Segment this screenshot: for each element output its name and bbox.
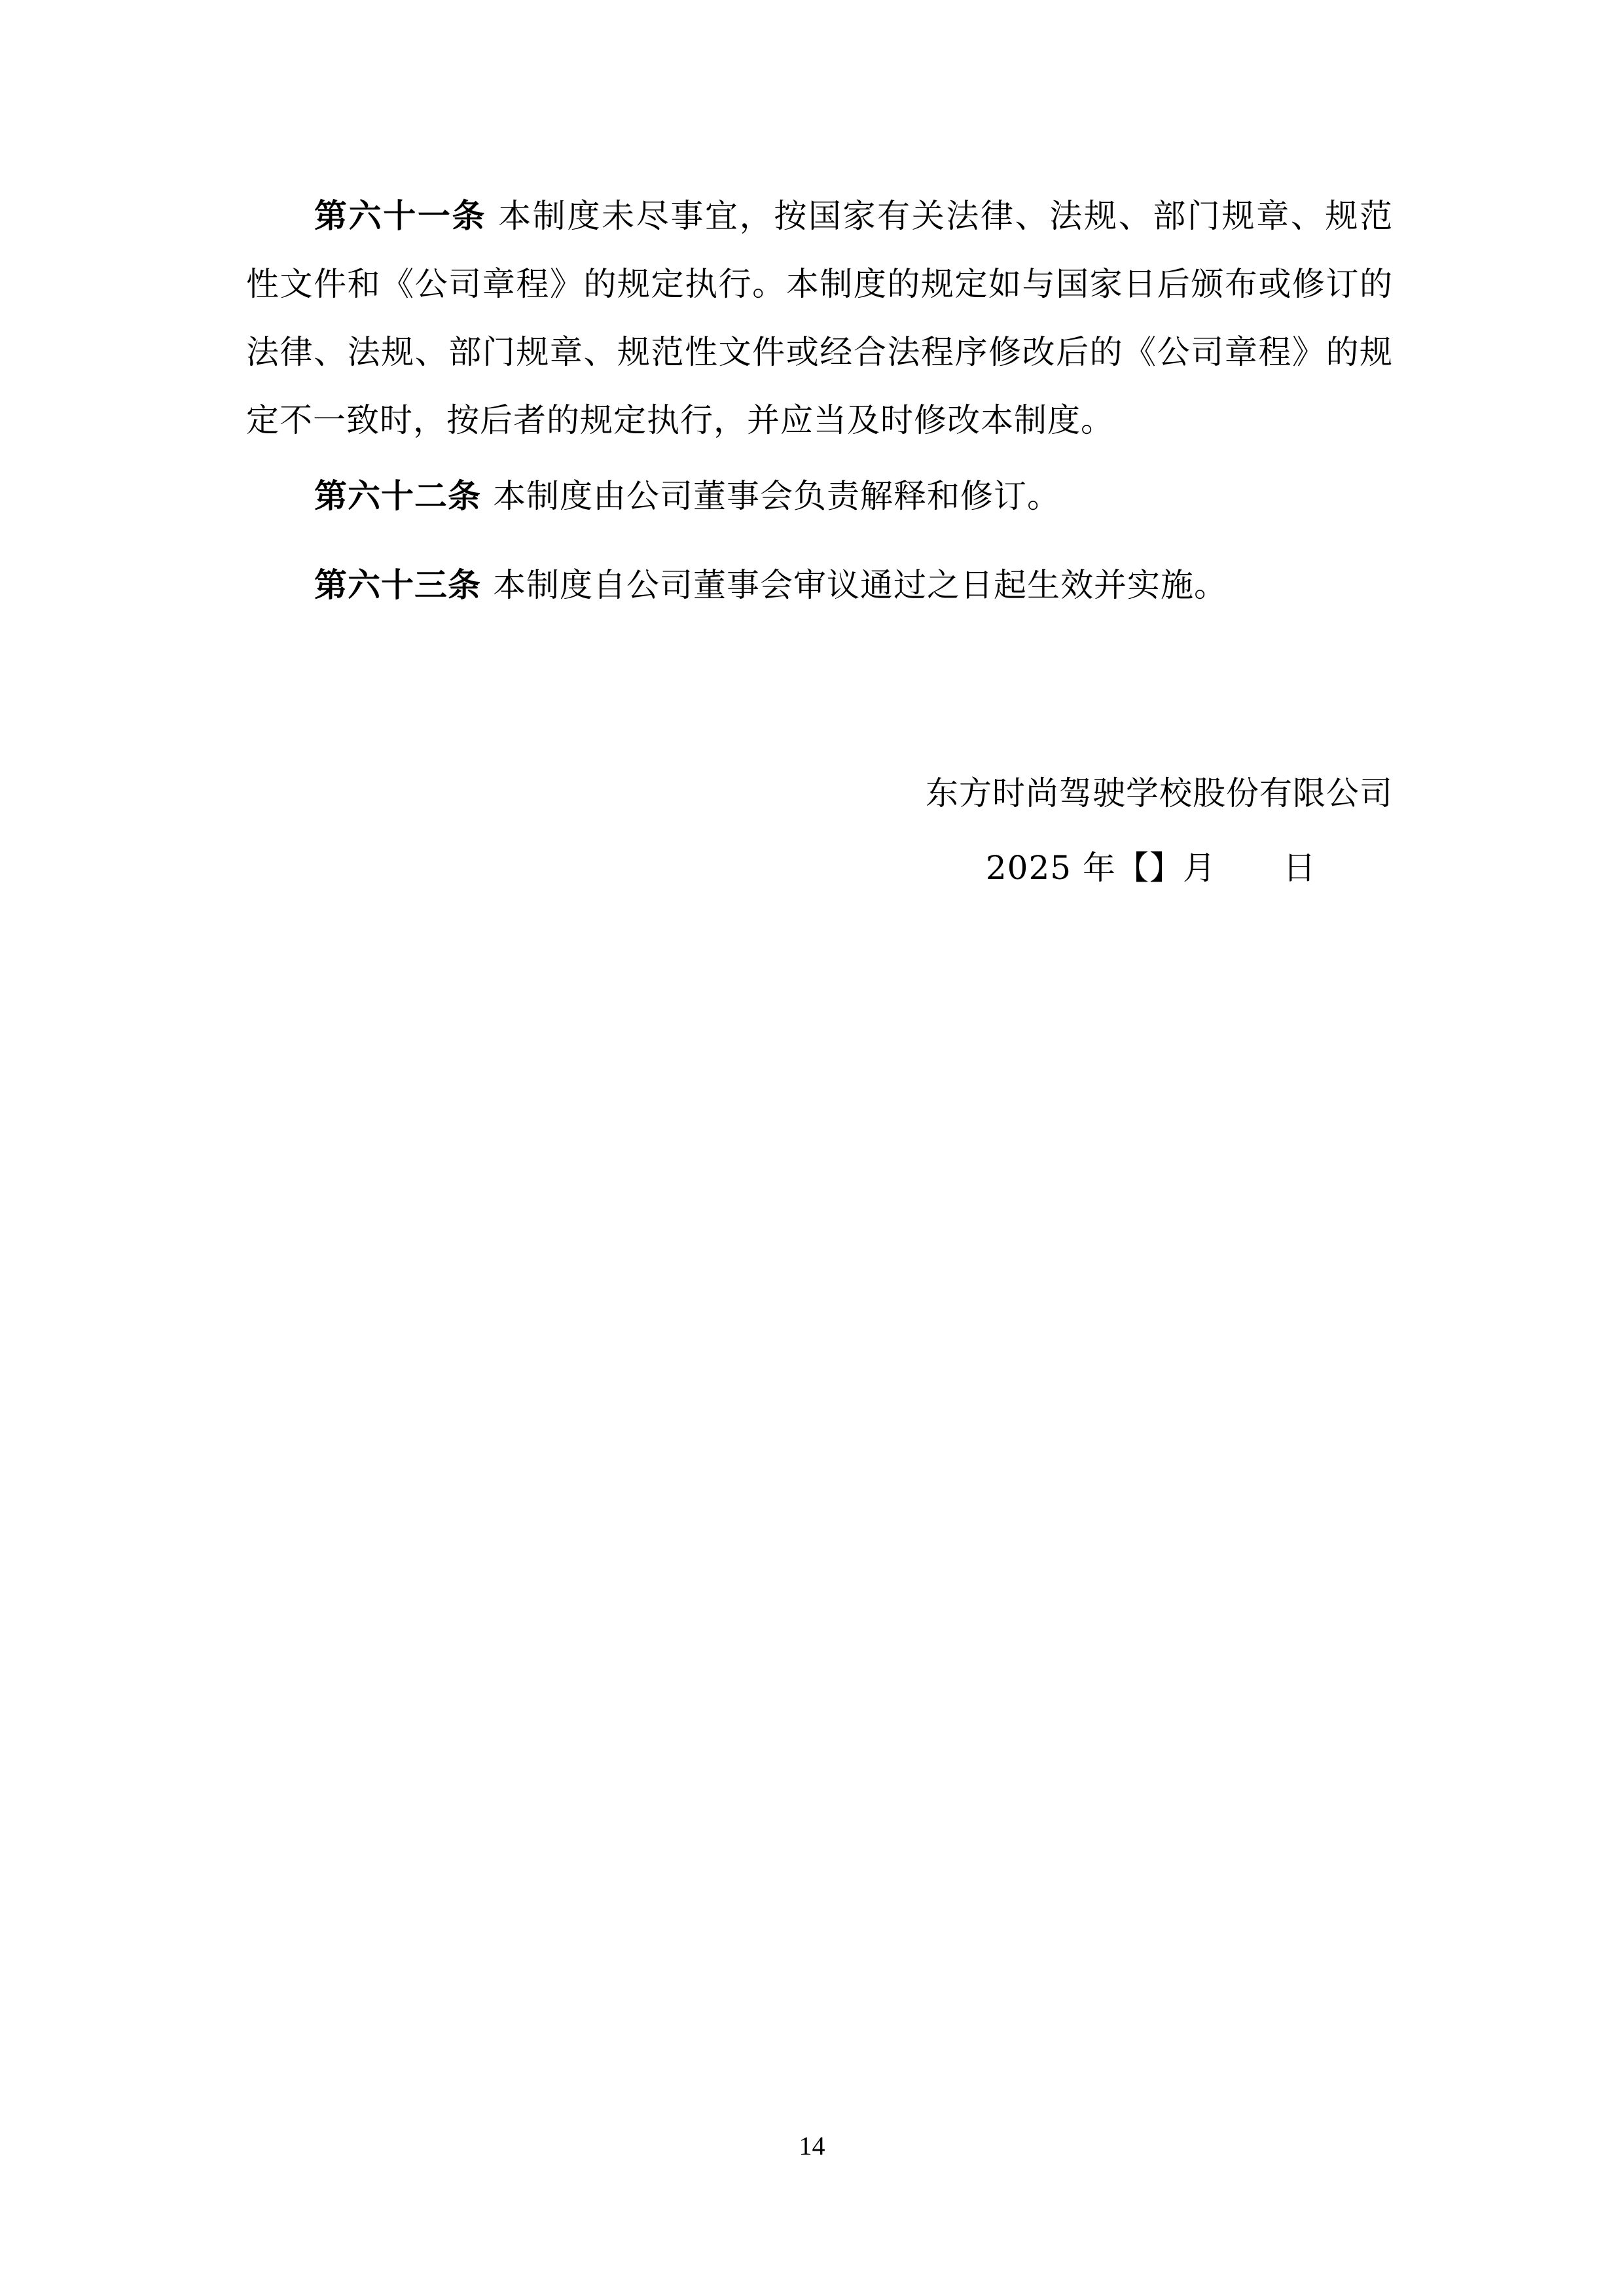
article-number: 第六十一条 [314,196,486,235]
page-number: 14 [0,2130,1624,2161]
signature-company: 东方时尚驾驶学校股份有限公司 [926,759,1393,827]
article-61: 第六十一条本制度未尽事宜，按国家有关法律、法规、部门规章、规范性文件和《公司章程… [246,182,1393,454]
article-text: 本制度自公司董事会审议通过之日起生效并实施。 [493,566,1227,604]
article-text: 本制度由公司董事会负责解释和修订。 [493,477,1060,515]
article-62: 第六十二条本制度由公司董事会负责解释和修订。 [246,462,1393,530]
article-number: 第六十三条 [314,565,481,604]
article-63: 第六十三条本制度自公司董事会审议通过之日起生效并实施。 [246,551,1393,619]
signature-date: 2025 年【】月 日 [986,834,1316,902]
document-page: 第六十一条本制度未尽事宜，按国家有关法律、法规、部门规章、规范性文件和《公司章程… [0,0,1624,2296]
article-number: 第六十二条 [314,476,481,515]
